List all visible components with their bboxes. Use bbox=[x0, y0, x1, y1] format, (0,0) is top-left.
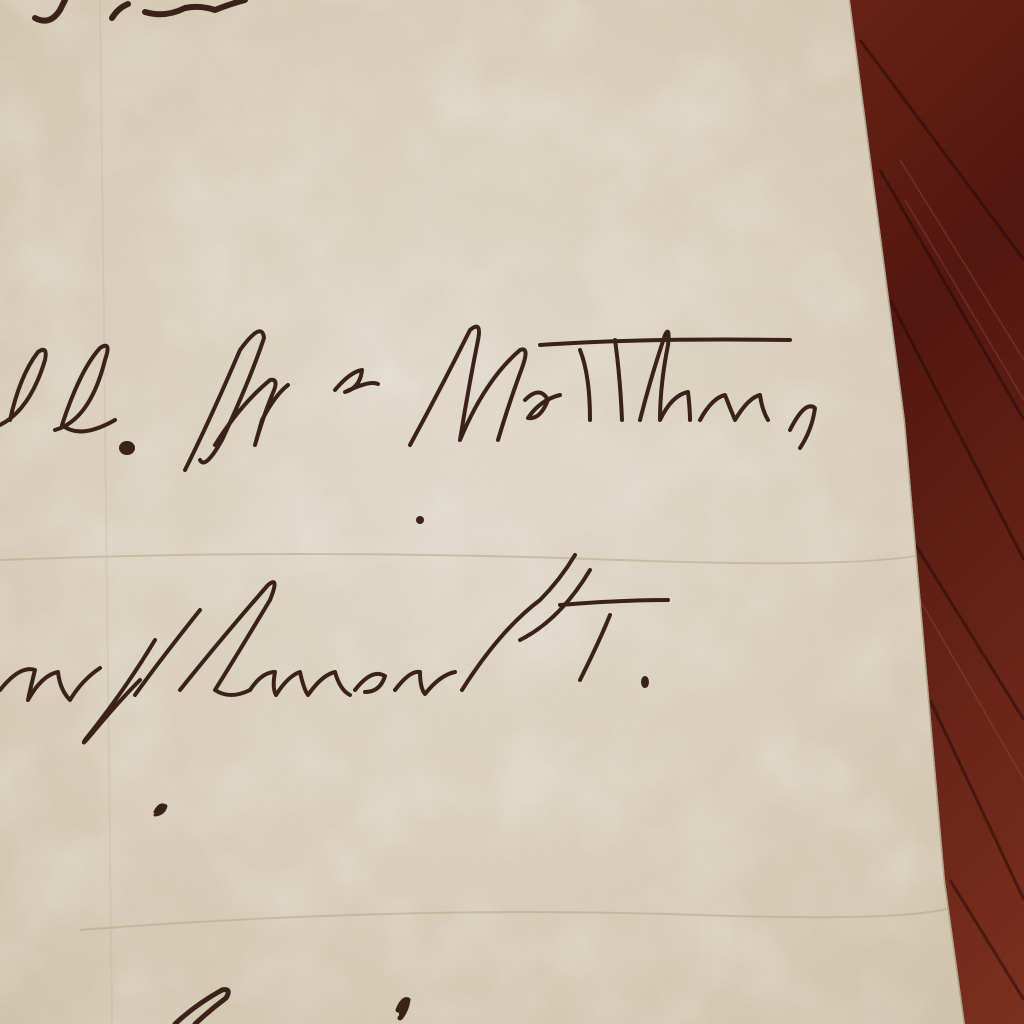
document-photo bbox=[0, 0, 1024, 1024]
photo-scene bbox=[0, 0, 1024, 1024]
